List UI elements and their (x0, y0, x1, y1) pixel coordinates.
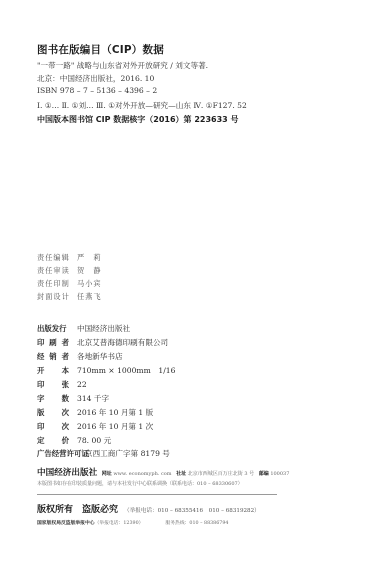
info-label: 印次 (37, 421, 69, 432)
postcode-value: 100037 (270, 471, 289, 477)
info-label: 出版发行 (37, 323, 77, 334)
website-label: 网址 (102, 471, 112, 477)
info-printer: 印刷者北京艾普海德印刷有限公司 (37, 337, 168, 348)
divider (37, 494, 277, 495)
info-distributor: 出版发行中国经济出版社 (37, 323, 130, 334)
staff-reviewer: 责任审读贺 静 (37, 266, 102, 276)
info-label: 印张 (37, 379, 69, 390)
staff-value: 严 莉 (77, 253, 102, 263)
info-label: 版次 (37, 407, 69, 418)
ad-license-label: 广告经营许可证 (37, 448, 77, 459)
info-value: 22 (77, 380, 87, 389)
address-value: 北京市西城区百万庄北街 3 号 (188, 471, 254, 477)
info-value: 314 千字 (77, 393, 109, 404)
staff-editor: 责任编辑严 莉 (37, 253, 102, 263)
rights-report-phones: （举报电话：010 – 68355416 010 – 68319282） (124, 508, 260, 514)
info-value: 各地新华书店 (77, 351, 123, 362)
info-value: 710mm × 1000mm 1/16 (77, 365, 175, 376)
staff-printing: 责任印制马小宾 (37, 279, 102, 289)
cip-isbn-line: ISBN 978 – 7 – 5136 – 4396 – 2 (37, 86, 157, 95)
anti-piracy-row: 国家版权局反盗版举报中心（举报电话：12390）服务热线：010 – 88386… (37, 519, 228, 526)
ad-license: 广告经营许可证京西工商广字第 8179 号 (37, 448, 170, 459)
info-price: 定价78. 00 元 (37, 435, 111, 446)
info-seller: 经销者各地新华书店 (37, 351, 123, 362)
anti-piracy-center: 国家版权局反盗版举报中心 (37, 521, 95, 526)
rights-title: 版权所有 盗版必究 (37, 505, 118, 515)
postcode-label: 邮编 (259, 471, 269, 477)
info-label: 开本 (37, 365, 69, 376)
website-link[interactable]: www. economyph. com (113, 471, 171, 477)
anti-piracy-phone: （举报电话：12390） (95, 521, 144, 526)
staff-value: 任燕飞 (77, 292, 102, 302)
cip-book-title-line: "一带一路" 战略与山东省对外开放研究 / 刘文等著. (37, 60, 208, 71)
publisher-row: 中国经济出版社 网址 www. economyph. com 社址 北京市西城区… (37, 466, 292, 478)
info-edition: 版次2016 年 10 月第 1 版 (37, 407, 153, 418)
staff-label: 封面设计 (37, 292, 77, 302)
cip-publisher-line: 北京：中国经济出版社，2016. 10 (37, 73, 154, 84)
staff-cover-design: 封面设计任燕飞 (37, 292, 102, 302)
info-label: 字数 (37, 393, 69, 404)
staff-label: 责任印制 (37, 279, 77, 289)
info-value: 78. 00 元 (77, 435, 111, 446)
info-value: 中国经济出版社 (77, 323, 130, 334)
staff-label: 责任审读 (37, 266, 77, 276)
info-label: 定价 (37, 435, 69, 446)
info-printing: 印次2016 年 10 月第 1 次 (37, 421, 153, 432)
ad-license-value: 京西工商广字第 8179 号 (85, 448, 170, 459)
publisher-name: 中国经济出版社 (37, 468, 97, 478)
info-value: 北京艾普海德印刷有限公司 (77, 337, 168, 348)
cip-verification: 中国版本图书馆 CIP 数据核字（2016）第 223633 号 (37, 114, 239, 125)
service-hotline: 服务热线：010 – 88386794 (165, 521, 228, 526)
info-word-count: 字数314 千字 (37, 393, 109, 404)
info-value: 2016 年 10 月第 1 版 (77, 407, 153, 418)
staff-value: 贺 静 (77, 266, 102, 276)
info-value: 2016 年 10 月第 1 次 (77, 421, 153, 432)
staff-value: 马小宾 (77, 279, 102, 289)
staff-label: 责任编辑 (37, 253, 77, 263)
cip-classification-line: Ⅰ. ①… Ⅱ. ①刘… Ⅲ. ①对外开放—研究—山东 Ⅳ. ①F127. 52 (37, 100, 247, 111)
info-label: 经销者 (37, 351, 69, 362)
rights-row: 版权所有 盗版必究（举报电话：010 – 68355416 010 – 6831… (37, 502, 260, 515)
address-label: 社址 (176, 471, 186, 477)
info-format: 开本710mm × 1000mm 1/16 (37, 365, 175, 376)
cip-title: 图书在版编目（CIP）数据 (37, 42, 164, 57)
info-label: 印刷者 (37, 337, 69, 348)
info-sheets: 印张22 (37, 379, 87, 390)
quality-note: 本版图书如存在印装质量问题，请与本社发行中心联系调换（联系电话：010 – 68… (37, 480, 243, 487)
